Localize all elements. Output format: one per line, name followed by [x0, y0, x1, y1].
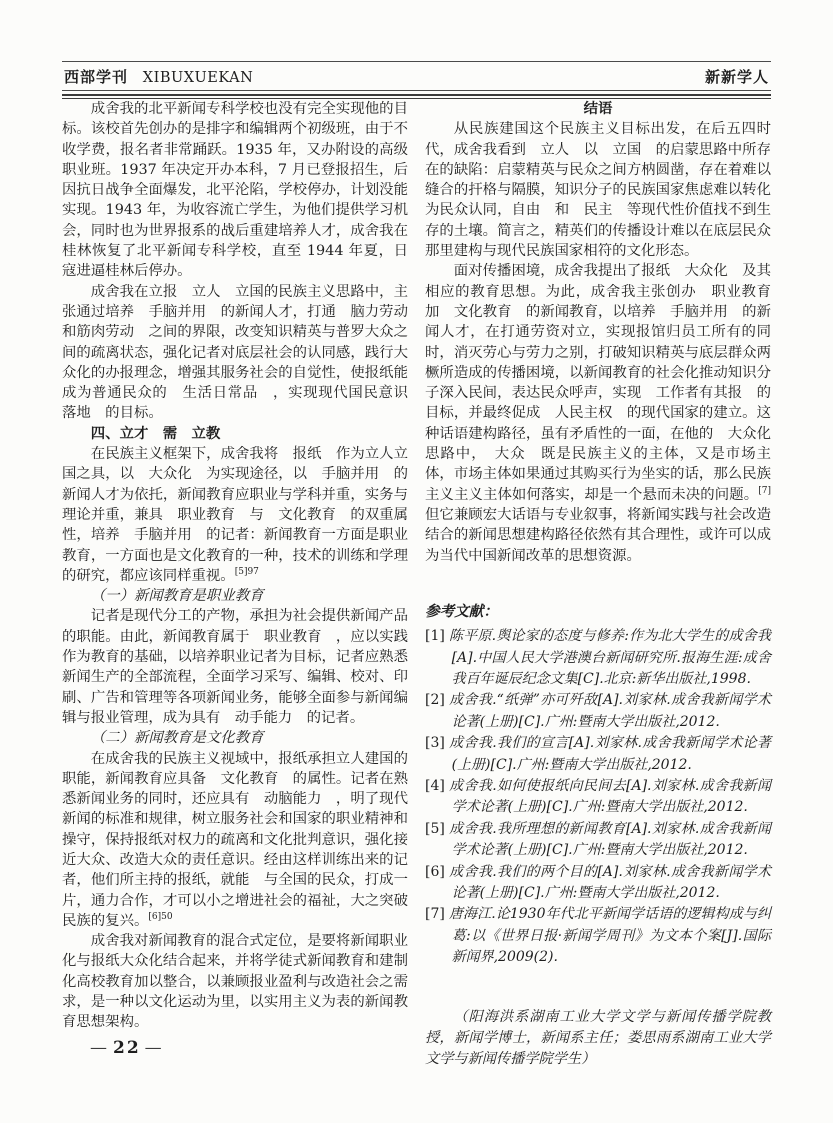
paragraph-text: 在成舍我的民族主义视域中，报纸承担立人建国的职能，新闻教育应具备 文化教育 的属… — [62, 751, 408, 929]
journal-title-pinyin: XIBUXUEKAN — [143, 70, 253, 86]
reference-marker: [5] — [425, 821, 445, 837]
paragraph: 在民族主义框架下，成舍我将 报纸 作为立人立国之具，以 大众化 为实现途径，以 … — [62, 444, 408, 586]
journal-title-chinese: 西部学刊 — [64, 68, 128, 86]
section-heading: 四、立才 需 立教 — [62, 424, 408, 444]
footer-dash-left: — — [90, 1038, 109, 1058]
paragraph-text: 面对传播困境，成舍我提出了报纸 大众化 及其相应的教育思想。为此，成舍我主张创办… — [425, 263, 785, 502]
paragraph: 在成舍我的民族主义视域中，报纸承担立人建国的职能，新闻教育应具备 文化教育 的属… — [62, 749, 408, 932]
reference-marker: [3] — [425, 735, 445, 751]
journal-title: 西部学刊 XIBUXUEKAN — [64, 66, 253, 87]
reference-text: 成舍我.我们的两个目的[A].刘家林.成舍我新闻学术论著(上册)[C].广州:暨… — [449, 864, 771, 901]
reference-item: [5]成舍我.我所理想的新闻教育[A].刘家林.成舍我新闻学术论著(上册)[C]… — [425, 819, 771, 862]
paragraph: 成舍我的北平新闻专科学校也没有完全实现他的目标。该校首先创办的是排字和编辑两个初… — [62, 99, 408, 282]
reference-marker: [7] — [425, 906, 445, 922]
journal-page: 西部学刊 XIBUXUEKAN 新新学人 成舍我的北平新闻专科学校也没有完全实现… — [0, 0, 833, 1123]
reference-text: 成舍我.我所理想的新闻教育[A].刘家林.成舍我新闻学术论著(上册)[C].广州… — [449, 821, 771, 858]
sub-heading: （二）新闻教育是文化教育 — [62, 728, 408, 748]
reference-item: [3]成舍我.我们的宣言[A].刘家林.成舍我新闻学术论著(上册)[C].广州:… — [425, 733, 771, 776]
section-label: 新新学人 — [705, 66, 769, 87]
footer-dash-right: — — [145, 1038, 164, 1058]
right-column: 结语 从民族建国这个民族主义目标出发，在后五四时代，成舍我看到 立人 以 立国 … — [425, 99, 771, 1070]
reference-marker: [6] — [425, 864, 445, 880]
sub-heading: （一）新闻教育是职业教育 — [62, 586, 408, 606]
reference-text: 成舍我.“纸弹”亦可歼敌[A].刘家林.成舍我新闻学术论著(上册)[C].广州:… — [449, 692, 771, 729]
paragraph: 成舍我对新闻教育的混合式定位，是要将新闻职业化与报纸大众化结合起来，并将学徒式新… — [62, 931, 408, 1032]
paragraph: 记者是现代分工的产物，承担为社会提供新闻产品的职能。由此，新闻教育属于 职业教育… — [62, 606, 408, 728]
reference-item: [4]成舍我.如何使报纸向民间去[A].刘家林.成舍我新闻学术论著(上册)[C]… — [425, 776, 771, 819]
reference-item: [6]成舍我.我们的两个目的[A].刘家林.成舍我新闻学术论著(上册)[C].广… — [425, 862, 771, 905]
reference-item: [7]唐海江.论1930年代北平新闻学话语的逻辑构成与纠葛:以《世界日报·新闻学… — [425, 904, 771, 968]
citation-superscript: [7] — [758, 486, 771, 496]
paragraph: 从民族建国这个民族主义目标出发，在后五四时代，成舍我看到 立人 以 立国 的启蒙… — [425, 119, 771, 261]
page-header: 西部学刊 XIBUXUEKAN 新新学人 — [62, 61, 771, 99]
references-title: 参考文献： — [425, 602, 771, 622]
header-row: 西部学刊 XIBUXUEKAN 新新学人 — [62, 62, 771, 91]
reference-text: 唐海江.论1930年代北平新闻学话语的逻辑构成与纠葛:以《世界日报·新闻学周刊》… — [449, 906, 771, 965]
reference-item: [1]陈平原.舆论家的态度与修养:作为北大学生的成舍我[A].中国人民大学港澳台… — [425, 626, 771, 690]
page-number: 22 — [113, 1038, 141, 1058]
reference-text: 成舍我.我们的宣言[A].刘家林.成舍我新闻学术论著(上册)[C].广州:暨南大… — [449, 735, 771, 772]
author-note: （阳海洪系湖南工业大学文学与新闻传播学院教授，新闻学博士，新闻系主任；娄思雨系湖… — [425, 1007, 771, 1070]
reference-text: 陈平原.舆论家的态度与修养:作为北大学生的成舍我[A].中国人民大学港澳台新闻研… — [449, 628, 771, 687]
references-list: [1]陈平原.舆论家的态度与修养:作为北大学生的成舍我[A].中国人民大学港澳台… — [425, 626, 771, 969]
citation-superscript: [5]97 — [235, 567, 259, 577]
paragraph-text: 但它兼顾宏大话语与专业叙事，将新闻实践与社会改造结合的新闻思想建构路径依然有其合… — [425, 507, 771, 564]
page-footer: —22— — [90, 1038, 164, 1058]
reference-marker: [4] — [425, 778, 445, 794]
reference-marker: [1] — [425, 628, 445, 644]
paragraph: 成舍我在立报 立人 立国的民族主义思路中，主张通过培养 手脑并用 的新闻人才，打… — [62, 282, 408, 424]
paragraph-text: 在民族主义框架下，成舍我将 报纸 作为立人立国之具，以 大众化 为实现途径，以 … — [62, 446, 408, 584]
conclusion-heading: 结语 — [425, 99, 771, 119]
citation-superscript: [6]50 — [148, 912, 172, 922]
article-body: 成舍我的北平新闻专科学校也没有完全实现他的目标。该校首先创办的是排字和编辑两个初… — [62, 99, 771, 1070]
paragraph: 面对传播困境，成舍我提出了报纸 大众化 及其相应的教育思想。为此，成舍我主张创办… — [425, 261, 771, 565]
left-column: 成舍我的北平新闻专科学校也没有完全实现他的目标。该校首先创办的是排字和编辑两个初… — [62, 99, 408, 1070]
reference-marker: [2] — [425, 692, 445, 708]
reference-item: [2]成舍我.“纸弹”亦可歼敌[A].刘家林.成舍我新闻学术论著(上册)[C].… — [425, 690, 771, 733]
reference-text: 成舍我.如何使报纸向民间去[A].刘家林.成舍我新闻学术论著(上册)[C].广州… — [449, 778, 771, 815]
